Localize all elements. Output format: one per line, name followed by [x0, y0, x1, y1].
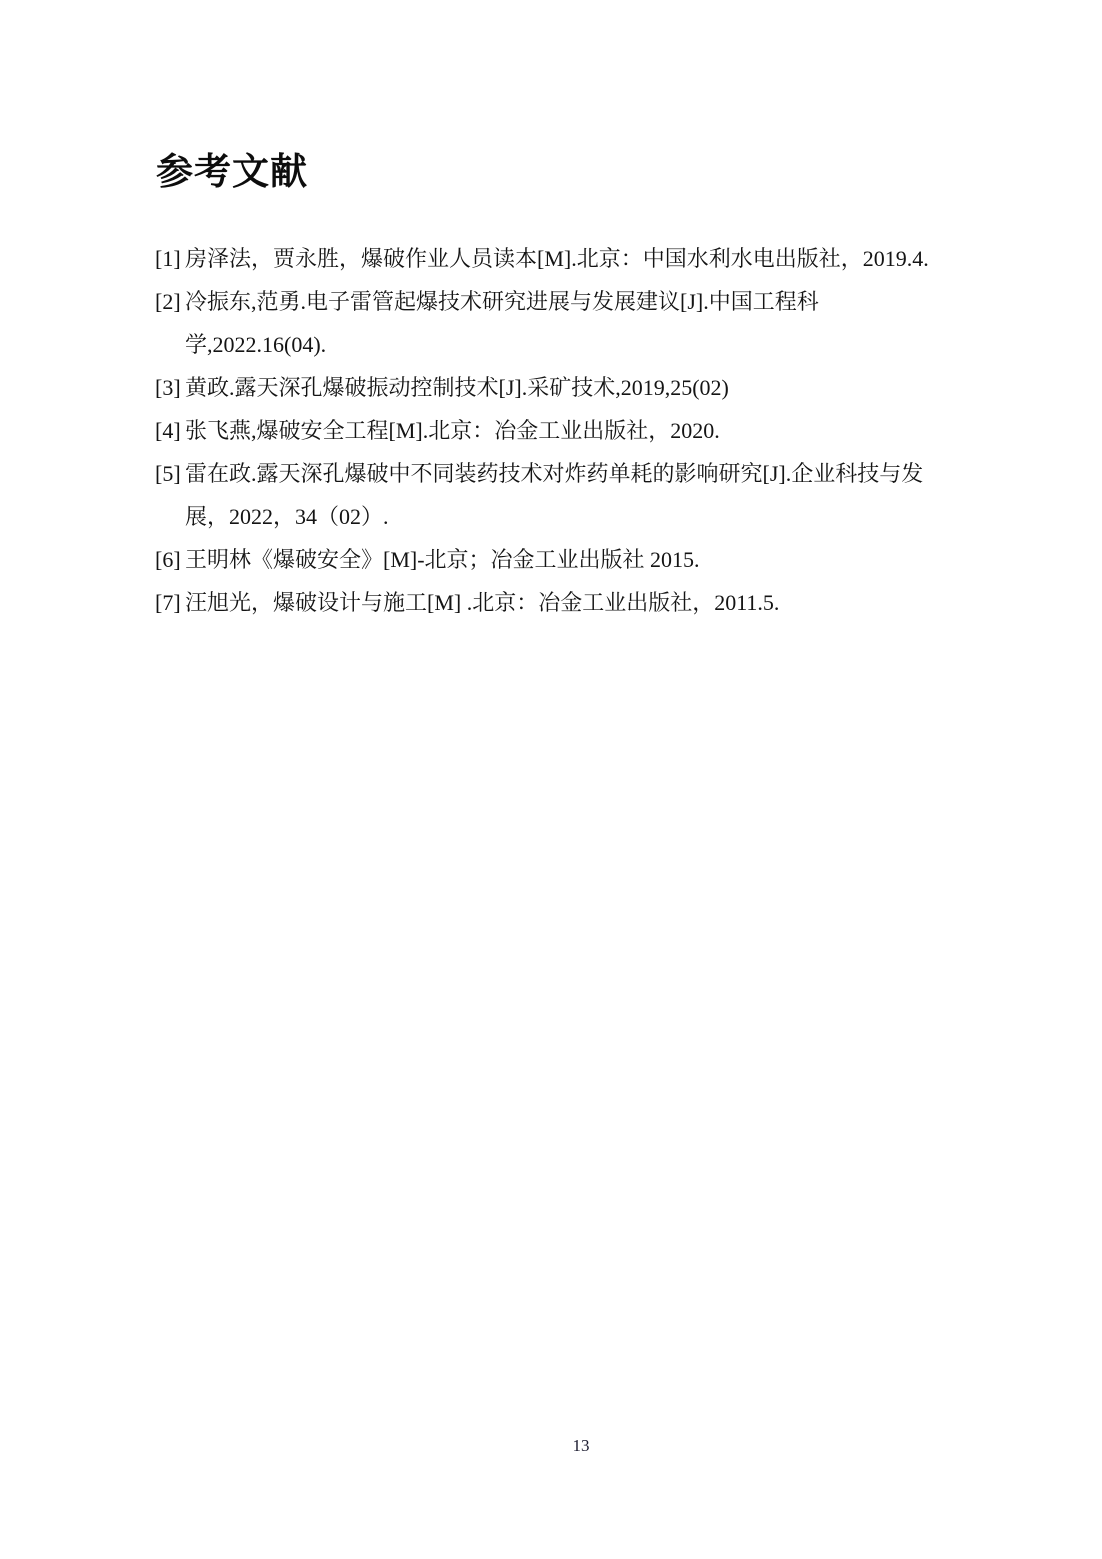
reference-item: [2] 冷振东,范勇.电子雷管起爆技术研究进展与发展建议[J].中国工程科 学,… [155, 280, 955, 366]
reference-text: 张飞燕,爆破安全工程[M].北京：冶金工业出版社，2020. [185, 409, 955, 452]
reference-item: [7] 汪旭光，爆破设计与施工[M] .北京：冶金工业出版社，2011.5. [155, 581, 955, 624]
reference-text: 房泽法，贾永胜，爆破作业人员读本[M].北京：中国水利水电出版社，2019.4. [185, 237, 955, 280]
reference-item: [3] 黄政.露天深孔爆破振动控制技术[J].采矿技术,2019,25(02) [155, 366, 955, 409]
reference-line: 冷振东,范勇.电子雷管起爆技术研究进展与发展建议[J].中国工程科 [185, 280, 955, 323]
reference-text: 黄政.露天深孔爆破振动控制技术[J].采矿技术,2019,25(02) [185, 366, 955, 409]
reference-line: 展，2022，34（02）. [185, 495, 955, 538]
reference-marker: [1] [155, 237, 185, 280]
reference-item: [6] 王明林《爆破安全》[M]-北京；冶金工业出版社 2015. [155, 538, 955, 581]
reference-line: 雷在政.露天深孔爆破中不同装药技术对炸药单耗的影响研究[J].企业科技与发 [185, 452, 955, 495]
reference-marker: [7] [155, 581, 185, 624]
reference-marker: [6] [155, 538, 185, 581]
reference-line: 学,2022.16(04). [185, 323, 955, 366]
page-title: 参考文献 [156, 152, 308, 193]
reference-line: 汪旭光，爆破设计与施工[M] .北京：冶金工业出版社，2011.5. [185, 581, 955, 624]
reference-line: 房泽法，贾永胜，爆破作业人员读本[M].北京：中国水利水电出版社，2019.4. [185, 237, 955, 280]
reference-line: 黄政.露天深孔爆破振动控制技术[J].采矿技术,2019,25(02) [185, 366, 955, 409]
reference-line: 张飞燕,爆破安全工程[M].北京：冶金工业出版社，2020. [185, 409, 955, 452]
page-number: 13 [573, 1436, 590, 1456]
reference-item: [5] 雷在政.露天深孔爆破中不同装药技术对炸药单耗的影响研究[J].企业科技与… [155, 452, 955, 538]
reference-item: [1] 房泽法，贾永胜，爆破作业人员读本[M].北京：中国水利水电出版社，201… [155, 237, 955, 280]
reference-text: 冷振东,范勇.电子雷管起爆技术研究进展与发展建议[J].中国工程科 学,2022… [185, 280, 955, 366]
reference-marker: [5] [155, 452, 185, 495]
reference-text: 汪旭光，爆破设计与施工[M] .北京：冶金工业出版社，2011.5. [185, 581, 955, 624]
reference-text: 王明林《爆破安全》[M]-北京；冶金工业出版社 2015. [185, 538, 955, 581]
document-page: 参考文献 [1] 房泽法，贾永胜，爆破作业人员读本[M].北京：中国水利水电出版… [0, 0, 1102, 1559]
reference-marker: [2] [155, 280, 185, 323]
reference-text: 雷在政.露天深孔爆破中不同装药技术对炸药单耗的影响研究[J].企业科技与发 展，… [185, 452, 955, 538]
reference-marker: [3] [155, 366, 185, 409]
reference-marker: [4] [155, 409, 185, 452]
reference-list: [1] 房泽法，贾永胜，爆破作业人员读本[M].北京：中国水利水电出版社，201… [155, 237, 955, 624]
reference-line: 王明林《爆破安全》[M]-北京；冶金工业出版社 2015. [185, 538, 955, 581]
reference-item: [4] 张飞燕,爆破安全工程[M].北京：冶金工业出版社，2020. [155, 409, 955, 452]
